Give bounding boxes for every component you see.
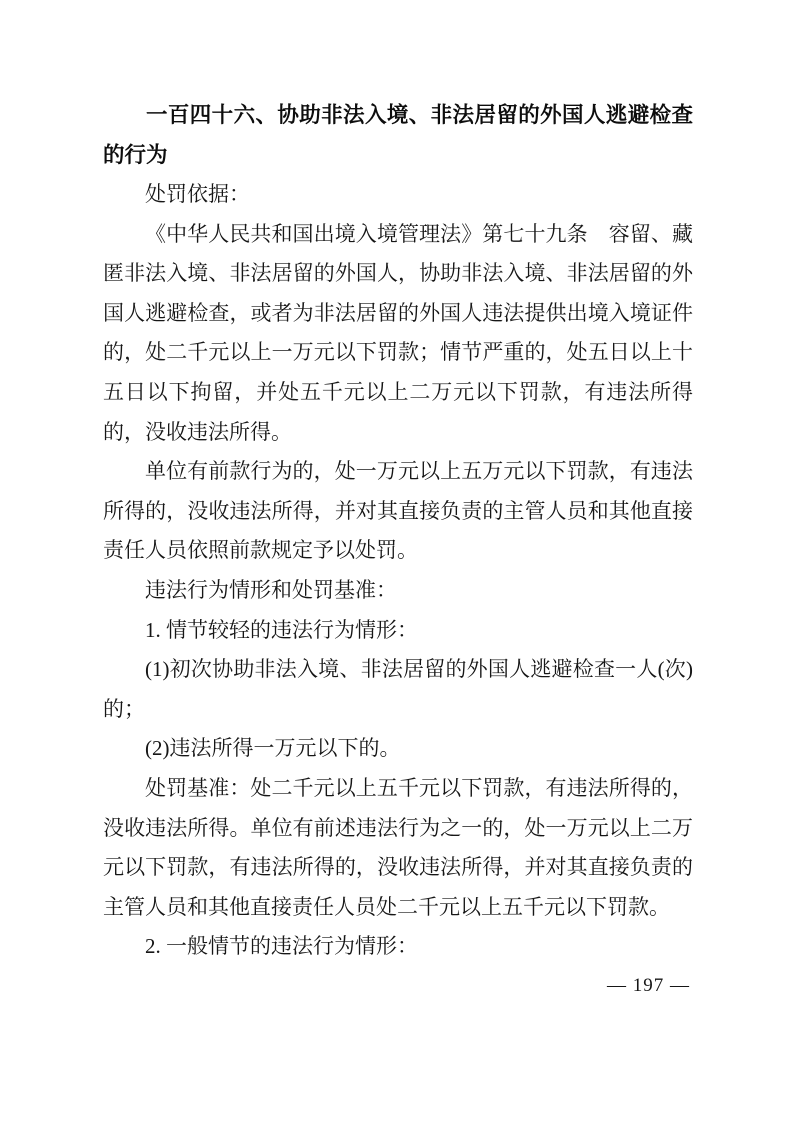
document-page: 一百四十六、协助非法入境、非法居留的外国人逃避检查的行为 处罚依据： 《中华人民… — [0, 0, 793, 1122]
violation-standards-label: 违法行为情形和处罚基准： — [103, 571, 693, 611]
minor-circumstances-heading: 1. 情节较轻的违法行为情形： — [103, 611, 693, 651]
minor-circumstance-item-2: (2)违法所得一万元以下的。 — [103, 729, 693, 769]
section-title: 一百四十六、协助非法入境、非法居留的外国人逃避检查的行为 — [103, 95, 693, 175]
unit-penalty-paragraph: 单位有前款行为的，处一万元以上五万元以下罚款，有违法所得的，没收违法所得，并对其… — [103, 452, 693, 571]
page-number: — 197 — — [607, 972, 690, 1000]
penalty-standard-paragraph: 处罚基准：处二千元以上五千元以下罚款，有违法所得的，没收违法所得。单位有前述违法… — [103, 769, 693, 927]
law-article-paragraph: 《中华人民共和国出境入境管理法》第七十九条 容留、藏匿非法入境、非法居留的外国人… — [103, 215, 693, 453]
document-body: 一百四十六、协助非法入境、非法居留的外国人逃避检查的行为 处罚依据： 《中华人民… — [103, 95, 693, 967]
minor-circumstance-item-1: (1)初次协助非法入境、非法居留的外国人逃避检查一人(次)的； — [103, 650, 693, 729]
general-circumstances-heading: 2. 一般情节的违法行为情形： — [103, 927, 693, 967]
penalty-basis-label: 处罚依据： — [103, 175, 693, 215]
